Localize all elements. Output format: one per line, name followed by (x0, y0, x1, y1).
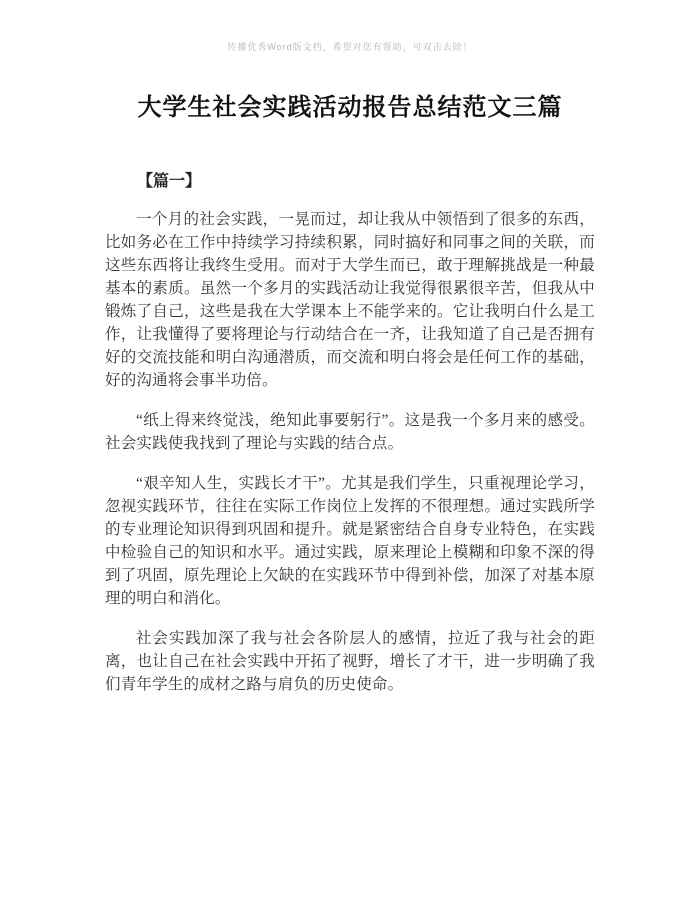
body-paragraph-1: 一个月的社会实践，一晃而过，却让我从中领悟到了很多的东西，比如务必在工作中持续学… (105, 208, 595, 392)
section-label-part-one: 【篇一】 (105, 168, 595, 191)
body-paragraph-4: 社会实践加深了我与社会各阶层人的感情，拉近了我与社会的距离，也让自己在社会实践中… (105, 627, 595, 696)
document-title: 大学生社会实践活动报告总结范文三篇 (0, 87, 700, 122)
body-paragraph-2: “纸上得来终觉浅，绝知此事要躬行”。这是我一个多月来的感受。社会实践使我找到了理… (105, 409, 595, 455)
watermark-header-note: 传播优秀Word版文档，希望对您有帮助，可双击去除！ (0, 0, 700, 53)
document-body: 【篇一】 一个月的社会实践，一晃而过，却让我从中领悟到了很多的东西，比如务必在工… (105, 168, 595, 696)
document-page: 传播优秀Word版文档，希望对您有帮助，可双击去除！ 大学生社会实践活动报告总结… (0, 0, 700, 905)
body-paragraph-3: “艰辛知人生，实践长才干”。尤其是我们学生，只重视理论学习，忽视实践环节，往往在… (105, 472, 595, 610)
